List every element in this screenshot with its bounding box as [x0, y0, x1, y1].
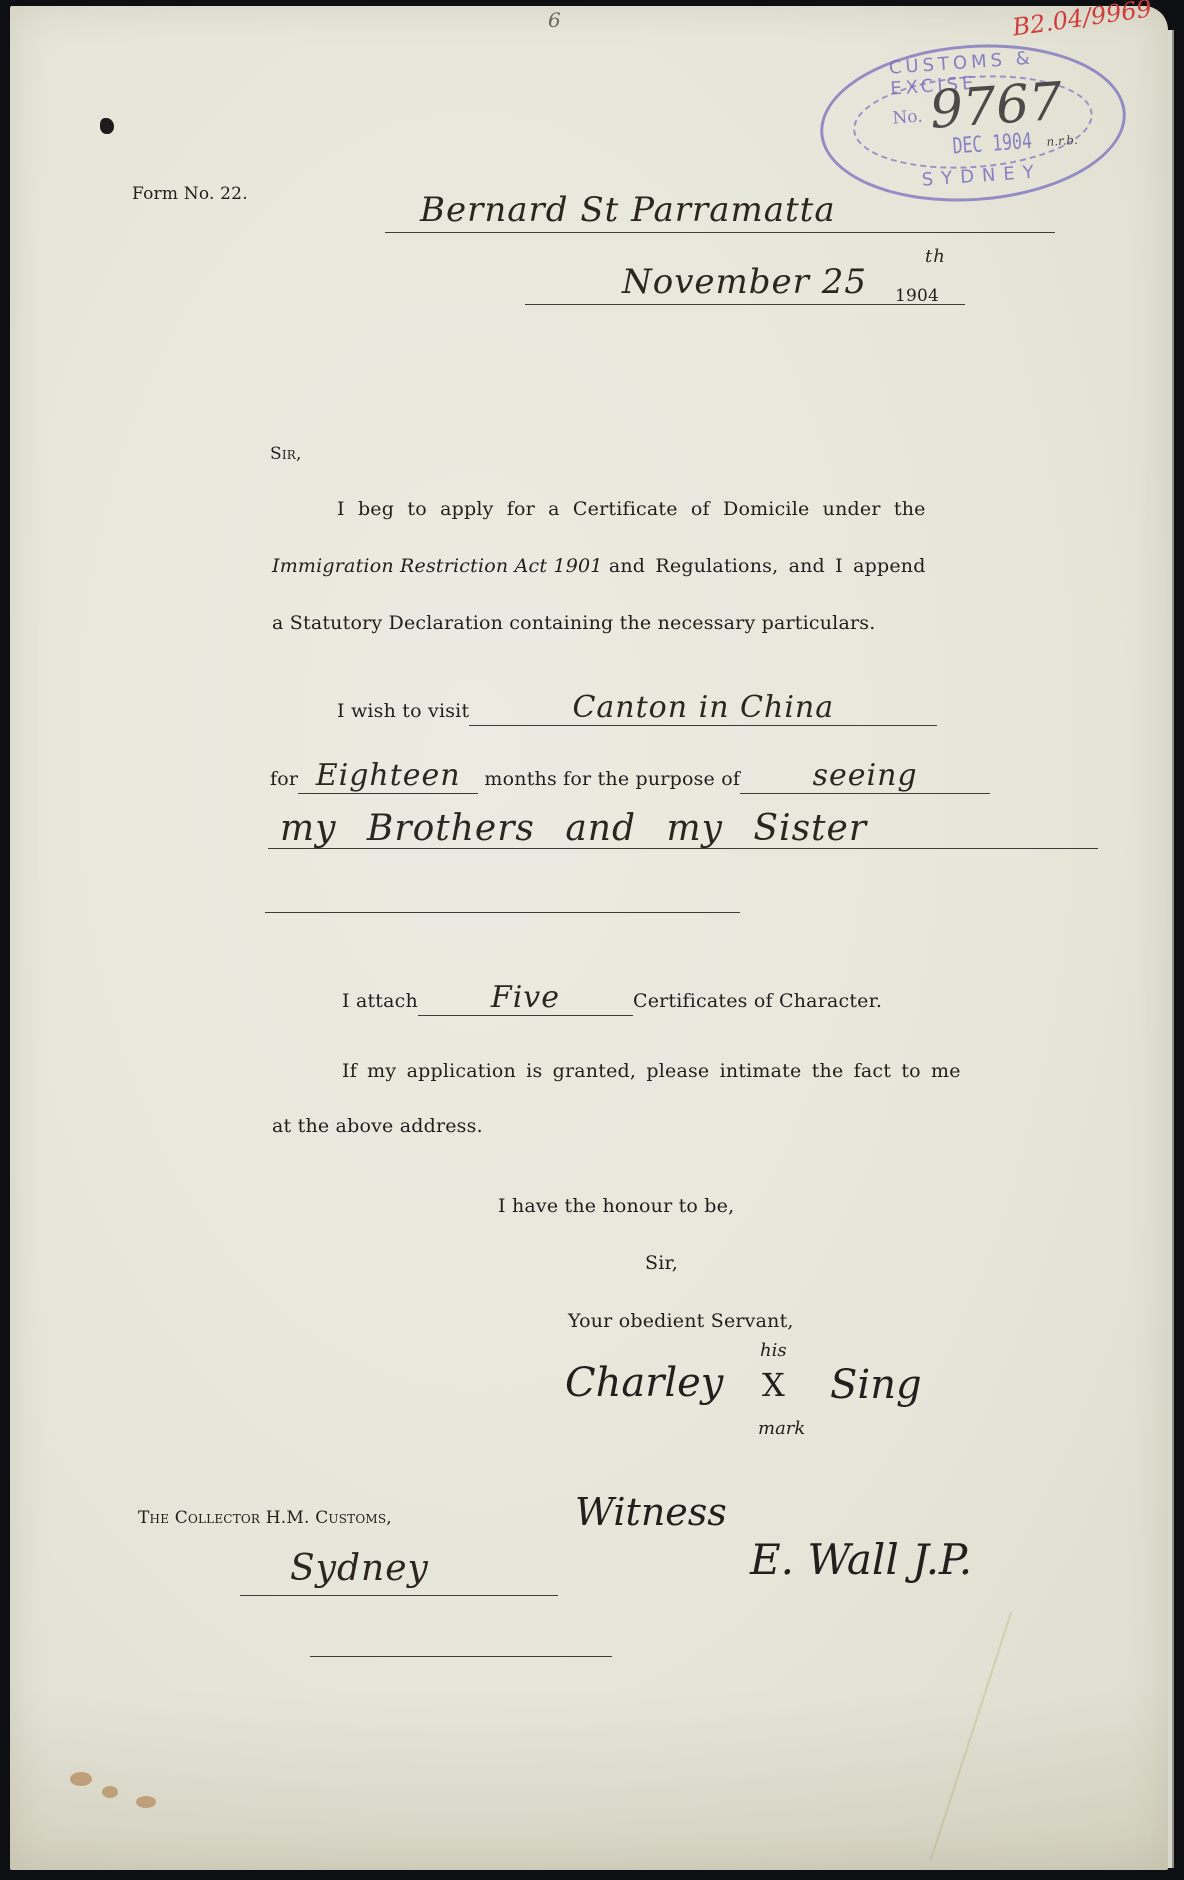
address-street: Bernard St Parramatta — [420, 190, 836, 230]
signature-mark-below: mark — [758, 1418, 805, 1439]
body-para1-line1: I beg to apply for a Certificate of Domi… — [337, 498, 926, 520]
address-date-suffix: th — [925, 246, 946, 267]
purpose-line1: seeing — [813, 758, 918, 793]
visit-destination-field: Canton in China — [469, 690, 937, 726]
signature-mark-x: X — [762, 1366, 785, 1404]
certificate-count: Five — [491, 980, 560, 1015]
closing-honour: I have the honour to be, — [498, 1195, 734, 1217]
for-label: for — [270, 768, 298, 790]
closing-sir: Sir, — [645, 1252, 678, 1274]
months-label: months for the purpose of — [484, 768, 740, 790]
visit-destination: Canton in China — [572, 690, 834, 725]
purpose-field: seeing — [740, 758, 990, 794]
page-number-mark: 6 — [548, 8, 561, 32]
duration-value: Eighteen — [316, 758, 461, 793]
duration-field: Eighteen — [298, 758, 478, 794]
body-para3-line2: at the above address. — [272, 1115, 483, 1137]
certificates-label: Certificates of Character. — [633, 990, 882, 1012]
signature-first-name: Charley — [565, 1360, 723, 1406]
visit-label: I wish to visit — [337, 700, 469, 722]
body-para1-line3: a Statutory Declaration containing the n… — [272, 612, 875, 634]
rust-stain — [136, 1796, 156, 1808]
act-name: Immigration Restriction Act 1901 — [272, 555, 603, 577]
signature-last-name: Sing — [830, 1362, 922, 1408]
document-page — [10, 6, 1168, 1870]
addressee-title: The Collector H.M. Customs, — [138, 1508, 392, 1528]
rust-stain — [70, 1772, 92, 1786]
purpose-line2: my Brothers and my Sister — [280, 808, 867, 849]
witness-signature: E. Wall J.P. — [750, 1535, 972, 1584]
body-para1-mid: and Regulations, and I append — [609, 555, 926, 577]
signature-mark-above: his — [760, 1340, 787, 1361]
stamp-initials: n.r.b. — [1046, 133, 1078, 149]
fold-crease — [930, 1612, 1012, 1860]
address-rule — [385, 232, 1055, 233]
certificate-count-field: Five — [418, 980, 633, 1016]
duration-line: forEighteen months for the purpose ofsee… — [270, 758, 990, 794]
body-para3-line1: If my application is granted, please int… — [342, 1060, 961, 1082]
stamp-number-label: No. — [892, 107, 924, 129]
addressee-second-rule — [310, 1656, 612, 1657]
visit-line: I wish to visitCanton in China — [337, 690, 937, 726]
address-year: 1904 — [895, 286, 939, 306]
address-date: November 25 — [622, 262, 867, 302]
addressee-city-rule — [240, 1595, 558, 1596]
ink-blot — [100, 118, 114, 134]
closing-servant: Your obedient Servant, — [568, 1310, 794, 1332]
witness-label: Witness — [575, 1490, 727, 1534]
addressee-city: Sydney — [290, 1548, 429, 1589]
purpose-rule-3 — [265, 912, 740, 913]
form-number: Form No. 22. — [132, 184, 248, 204]
salutation: Sir, — [270, 444, 302, 464]
body-para1-line2: Immigration Restriction Act 1901 and Reg… — [272, 555, 926, 577]
rust-stain — [102, 1786, 118, 1798]
attach-line: I attachFiveCertificates of Character. — [342, 980, 882, 1016]
attach-label: I attach — [342, 990, 418, 1012]
